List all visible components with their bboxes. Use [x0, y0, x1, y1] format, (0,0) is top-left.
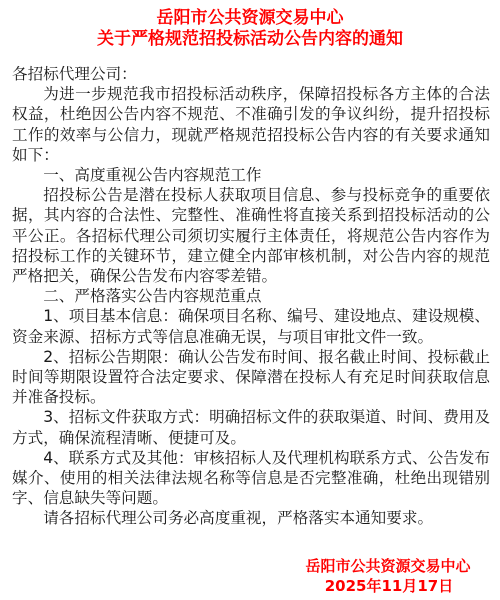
intro-paragraph: 为进一步规范我市招投标活动秩序，保障招投标各方主体的合法权益，杜绝因公告内容不规… [12, 84, 490, 165]
section-heading-2: 二、严格落实公告内容规范重点 [12, 286, 490, 306]
section-2-item-1: 1、项目基本信息：确保项目名称、编号、建设地点、建设规模、资金来源、招标方式等信… [12, 306, 490, 346]
signature-issuer: 岳阳市公共资源交易中心 [288, 556, 488, 576]
notice-title: 关于严格规范招投标活动公告内容的通知 [0, 29, 500, 50]
section-1-paragraph: 招投标公告是潜在投标人获取项目信息、参与投标竞争的重要依据，其内容的合法性、完整… [12, 185, 490, 286]
section-heading-1: 一、高度重视公告内容规范工作 [12, 165, 490, 185]
section-2-item-4: 4、联系方式及其他：审核招标人及代理机构联系方式、公告发布媒介、使用的相关法律法… [12, 448, 490, 509]
salutation: 各招标代理公司： [12, 64, 490, 84]
org-title: 岳阳市公共资源交易中心 [0, 8, 500, 29]
notice-body: 各招标代理公司： 为进一步规范我市招投标活动秩序，保障招投标各方主体的合法权益，… [12, 64, 490, 529]
closing-paragraph: 请各招标代理公司务必高度重视，严格落实本通知要求。 [12, 508, 490, 528]
section-2-item-3: 3、招标文件获取方式：明确招标文件的获取渠道、时间、费用及方式，确保流程清晰、便… [12, 407, 490, 447]
notice-document: 岳阳市公共资源交易中心 关于严格规范招投标活动公告内容的通知 各招标代理公司： … [0, 0, 500, 600]
signature-date: 2025年11月17日 [314, 576, 464, 596]
section-2-item-2: 2、招标公告期限：确认公告发布时间、报名截止时间、投标截止时间等期限设置符合法定… [12, 347, 490, 408]
